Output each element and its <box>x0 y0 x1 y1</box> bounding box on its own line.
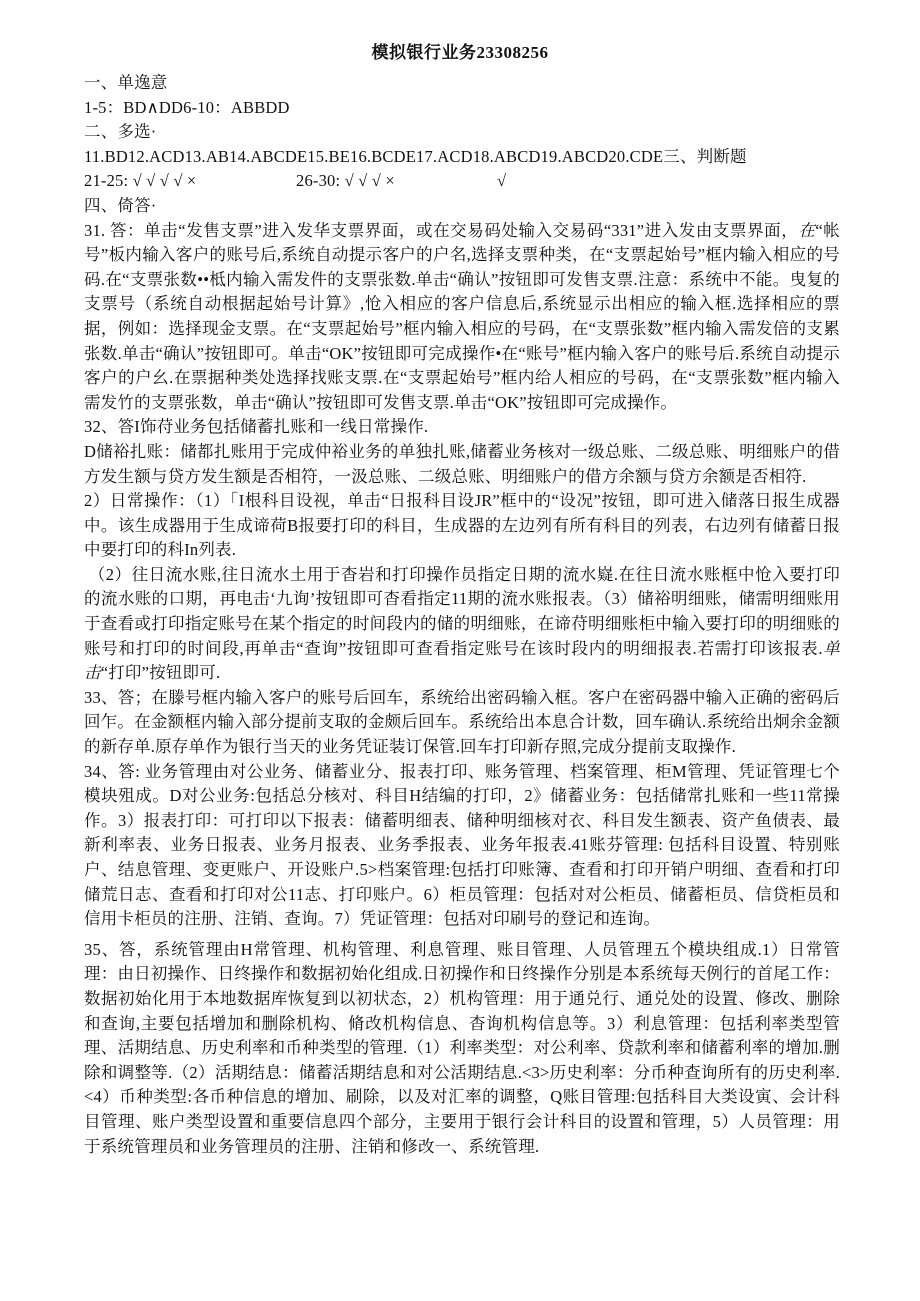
text-run: D储裕扎账：储都扎账用于完成仲裕业务的单独扎账,储蓄业务核对一级总账、二级总账、… <box>84 442 840 486</box>
answer-paragraph-32-item3: （2）往日流水账,往日流水土用于杳岩和打印操作员指定日期的流水嶷.在往日流水账框… <box>84 563 840 686</box>
section-2-answers: 11.BD12.ACD13.AB14.ABCDE15.BE16.BCDE17.A… <box>84 145 840 170</box>
document-page: 模拟银行业务23308256 一、单逸意 1-5：BD∧DD6-10：ABBDD… <box>0 0 920 1301</box>
document-body: 一、单逸意 1-5：BD∧DD6-10：ABBDD 二、多选· 11.BD12.… <box>84 71 840 1159</box>
answer-paragraph-33: 33、答；在滕号框内输入客户的账号后回车，系统给出密码输入框。客户在密码器中输入… <box>84 686 840 760</box>
text-run: 31. 答：单击“发售支票”进入发华支票界面，或在交易码处输入交易码“331”进… <box>84 221 798 240</box>
answer-paragraph-32-item2: 2）日常操作：（1）「I根科目设视，单击“日报科目设JR”框中的“设况”按钮，即… <box>84 489 840 563</box>
text-run: 32、答I饰苻业务包括储蓄扎账和一线日常操作. <box>84 417 428 436</box>
text-run: “打印”按钮即可. <box>101 663 221 682</box>
text-run: 35、答，系统管理由H常管理、机构管理、利息管理、账目管理、人员管理五个模块组成… <box>84 940 840 1156</box>
answer-paragraph-35: 35、答，系统管理由H常管理、机构管理、利息管理、账目管理、人员管理五个模块组成… <box>84 938 840 1159</box>
section-1-heading: 一、单逸意 <box>84 71 840 96</box>
document-title: 模拟银行业务23308256 <box>0 0 920 63</box>
text-run: 33、答；在滕号框内输入客户的账号后回车，系统给出密码输入框。客户在密码器中输入… <box>84 688 840 756</box>
answer-paragraph-32-intro: 32、答I饰苻业务包括储蓄扎账和一线日常操作. <box>84 415 840 440</box>
judgment-answers-21-25: 21-25: √ √ √ √ × <box>84 169 296 194</box>
text-run: 在 <box>798 221 815 240</box>
answer-paragraph-31: 31. 答：单击“发售支票”进入发华支票界面，或在交易码处输入交易码“331”进… <box>84 219 840 416</box>
answer-paragraph-34: 34、答: 业务管理由对公业务、储蓄业分、报表打印、账务管理、档案管理、柜M管理… <box>84 760 840 932</box>
text-run: （2）往日流水账,往日流水土用于杳岩和打印操作员指定日期的流水嶷.在往日流水账框… <box>84 565 840 658</box>
section-3-judgment-answers: 21-25: √ √ √ √ × 26-30: √ √ √ × √ <box>84 169 840 194</box>
section-4-heading: 四、倚答· <box>84 194 840 219</box>
answer-paragraph-32-item1: D储裕扎账：储都扎账用于完成仲裕业务的单独扎账,储蓄业务核对一级总账、二级总账、… <box>84 440 840 489</box>
text-run: 34、答: 业务管理由对公业务、储蓄业分、报表打印、账务管理、档案管理、柜M管理… <box>84 762 840 929</box>
section-2-heading: 二、多选· <box>84 120 840 145</box>
judgment-answer-extra-check: √ <box>497 169 840 194</box>
judgment-answers-26-30: 26-30: √ √ √ × <box>296 169 497 194</box>
text-run: “帐号”板内输入客户的账号后,系统自动提示客户的户名,选择支票种类，在“支票起始… <box>84 221 840 412</box>
text-run: 2）日常操作：（1）「I根科目设视，单击“日报科目设JR”框中的“设况”按钮，即… <box>84 491 840 559</box>
section-1-answers: 1-5：BD∧DD6-10：ABBDD <box>84 96 840 121</box>
